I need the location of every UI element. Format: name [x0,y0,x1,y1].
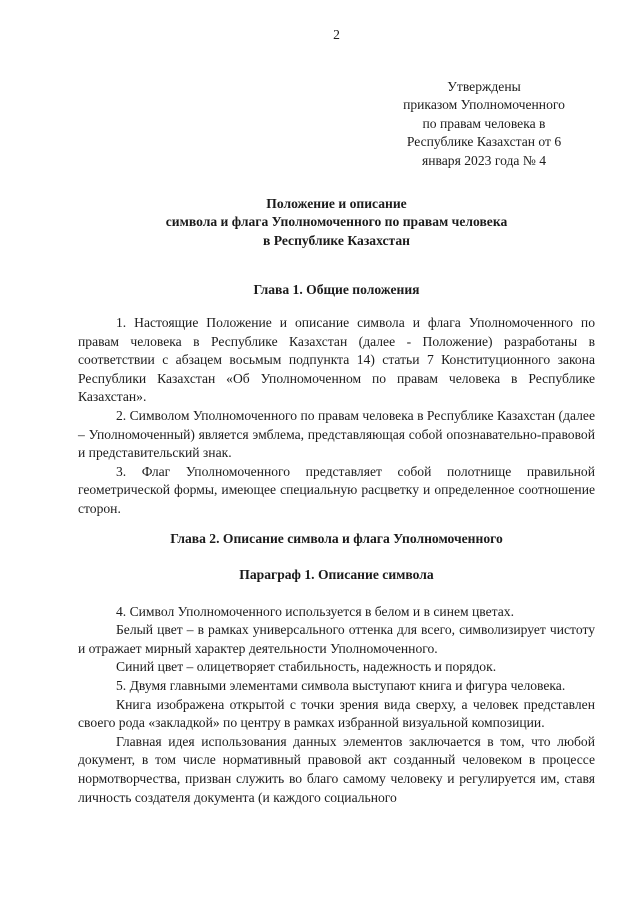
document-title-line: в Республике Казахстан [78,232,595,251]
paragraph: Книга изображена открытой с точки зрения… [78,696,595,733]
paragraph-1-heading: Параграф 1. Описание символа [78,566,595,585]
paragraph: 2. Символом Уполномоченного по правам че… [78,407,595,463]
approval-line: по правам человека в [373,115,595,134]
approval-line: Утверждены [373,78,595,97]
approval-line: приказом Уполномоченного [373,96,595,115]
chapter-2-body: 4. Символ Уполномоченного используется в… [78,603,595,808]
approval-line: января 2023 года № 4 [373,152,595,171]
chapter-1-heading: Глава 1. Общие положения [78,281,595,300]
paragraph: Синий цвет – олицетворяет стабильность, … [78,658,595,677]
approval-block: Утверждены приказом Уполномоченного по п… [373,78,595,171]
paragraph: Главная идея использования данных элемен… [78,733,595,807]
paragraph: Белый цвет – в рамках универсального отт… [78,621,595,658]
document-page: 2 Утверждены приказом Уполномоченного по… [0,0,640,905]
approval-line: Республике Казахстан от 6 [373,133,595,152]
page-number: 2 [78,26,595,45]
document-title-line: Положение и описание [78,195,595,214]
paragraph: 4. Символ Уполномоченного используется в… [78,603,595,622]
paragraph: 3. Флаг Уполномоченного представляет соб… [78,463,595,519]
paragraph: 5. Двумя главными элементами символа выс… [78,677,595,696]
paragraph: 1. Настоящие Положение и описание символ… [78,314,595,407]
document-title: Положение и описание символа и флага Упо… [78,195,595,251]
chapter-1-body: 1. Настоящие Положение и описание символ… [78,314,595,519]
document-title-line: символа и флага Уполномоченного по права… [78,213,595,232]
chapter-2-heading: Глава 2. Описание символа и флага Уполно… [78,530,595,549]
